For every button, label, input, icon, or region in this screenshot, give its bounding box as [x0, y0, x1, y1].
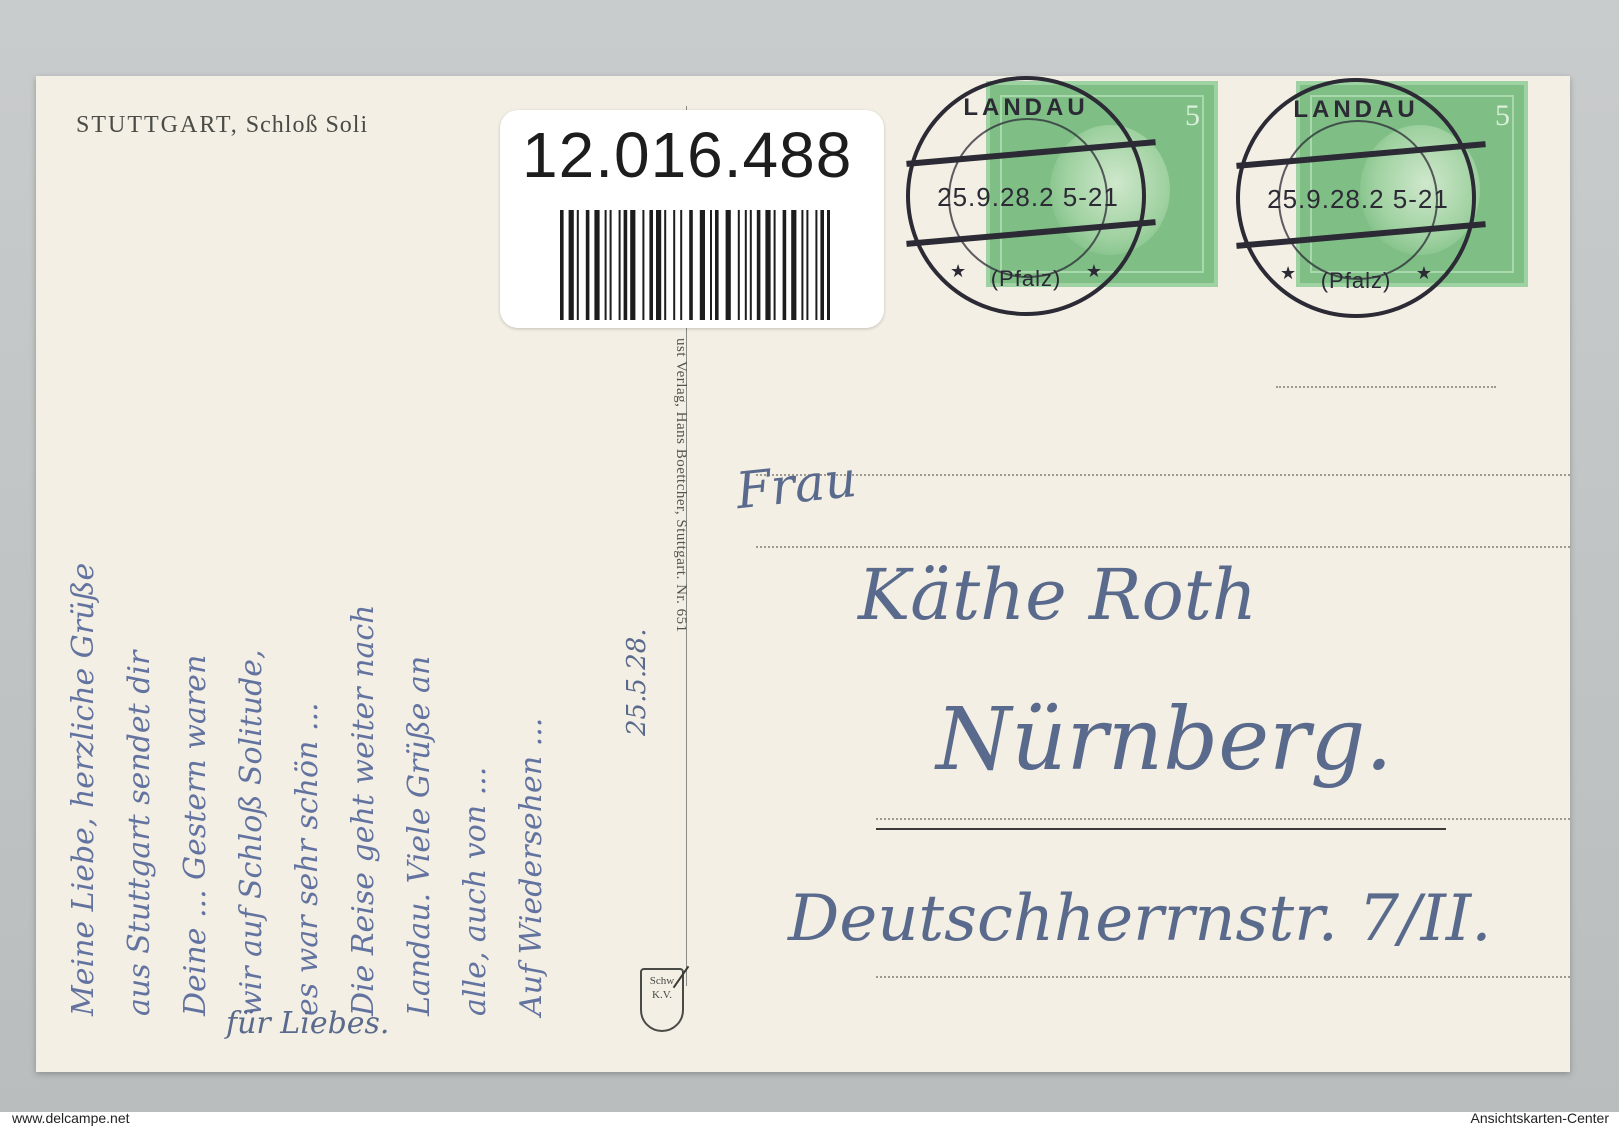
card-title: STUTTGART, Schloß Soli — [76, 112, 368, 139]
address-street: Deutschherrnstr. 7/II. — [788, 882, 1492, 956]
postmark-region: (Pfalz) — [1240, 268, 1472, 294]
message-line: Die Reise geht weiter nach — [346, 605, 381, 1016]
logo-text-bottom: K.V. — [642, 988, 682, 1002]
address-name: Käthe Roth — [858, 554, 1257, 636]
postmark: LANDAU 25.9.28.2 5-21 ★ ★ (Pfalz) — [1236, 78, 1476, 318]
inventory-number: 12.016.488 — [522, 118, 852, 192]
publisher-imprint: ust Verlag, Hans Boettcher, Stuttgart. N… — [672, 338, 689, 633]
address-line — [1276, 386, 1496, 388]
message-line: es war sehr schön ... — [290, 702, 325, 1016]
footer-site-link[interactable]: www.delcampe.net — [12, 1110, 130, 1126]
message-line: aus Stuttgart sendet dir — [122, 651, 157, 1016]
inventory-label: 12.016.488 — [500, 110, 884, 328]
message-line: Meine Liebe, herzliche Grüße — [66, 563, 101, 1016]
message-line: Deine ... Gestern waren — [178, 655, 213, 1016]
postmark-date: 25.9.28.2 5-21 — [926, 182, 1130, 213]
message-line: alle, auch von ... — [458, 767, 493, 1016]
address-city: Nürnberg. — [936, 690, 1393, 790]
postmark: LANDAU 25.9.28.2 5-21 ★ ★ (Pfalz) — [906, 76, 1146, 316]
stamp-value: 5 — [1495, 99, 1510, 133]
footer-seller-name: Ansichtskarten-Center — [1470, 1110, 1609, 1126]
postmark-town: LANDAU — [910, 94, 1142, 122]
message-closing: für Liebes. — [226, 1006, 389, 1041]
stamp-value: 5 — [1185, 99, 1200, 133]
postmark-date: 25.9.28.2 5-21 — [1256, 184, 1460, 215]
address-line — [876, 976, 1570, 978]
postmark-town: LANDAU — [1240, 96, 1472, 124]
address-underline — [876, 828, 1446, 830]
message-line: wir auf Schloß Solitude, — [234, 649, 269, 1016]
postmark-region: (Pfalz) — [910, 266, 1142, 292]
publisher-logo: Schw K.V. — [640, 968, 684, 1032]
address-line — [756, 474, 1570, 476]
postcard-back: STUTTGART, Schloß Soli ust Verlag, Hans … — [36, 76, 1570, 1072]
barcode-icon — [560, 210, 830, 320]
card-title-place: STUTTGART, — [76, 112, 239, 138]
address-line — [756, 546, 1570, 548]
address-line — [876, 818, 1570, 820]
address-salutation: Frau — [733, 450, 859, 520]
message-line: Auf Wiedersehen ... — [514, 718, 549, 1016]
message-date: 25.5.28. — [622, 628, 652, 736]
message-line: Landau. Viele Grüße an — [402, 656, 437, 1016]
card-title-rest: Schloß Soli — [246, 112, 368, 138]
